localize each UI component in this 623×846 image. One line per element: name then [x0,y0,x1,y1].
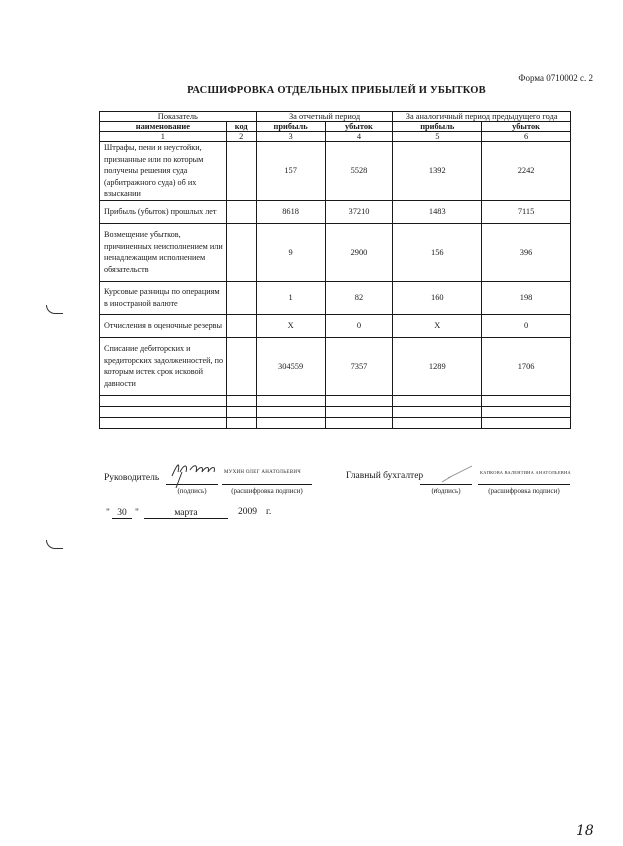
table-row: Штрафы, пени и неустойки, признанные или… [100,142,571,201]
blank-cell [482,395,571,406]
column-number: 1 [100,132,227,142]
cell-profit-current: 8618 [256,200,325,223]
row-name: Прибыль (убыток) прошлых лет [100,200,227,223]
blank-cell [256,406,325,417]
blank-cell [393,417,482,428]
date-month: марта [144,508,228,519]
column-header: прибыль [393,122,482,132]
column-header: наименование [100,122,227,132]
date-year: 2009 [238,507,257,517]
blank-cell [100,417,227,428]
blank-cell [325,406,393,417]
header-current-period: За отчетный период [256,112,393,122]
page-number: 18 [576,823,594,839]
profit-loss-table: Показатель За отчетный период За аналоги… [99,111,571,429]
blank-cell [393,395,482,406]
blank-cell [100,395,227,406]
table-row: Прибыль (убыток) прошлых лет861837210148… [100,200,571,223]
blank-cell [325,417,393,428]
blank-cell [393,406,482,417]
accountant-label: Главный бухгалтер [346,471,423,481]
column-number: 6 [482,132,571,142]
column-numbers-row: 123456 [100,132,571,142]
blank-cell [226,406,256,417]
blank-row [100,406,571,417]
cell-code [226,142,256,201]
column-header: код [226,122,256,132]
document-title: РАСШИФРОВКА ОТДЕЛЬНЫХ ПРИБЫЛЕЙ И УБЫТКОВ [0,85,623,96]
cell-loss-previous: 0 [482,314,571,337]
blank-cell [482,417,571,428]
column-headers-row: наименованиекодприбыльубытокприбыльубыто… [100,122,571,132]
blank-cell [100,406,227,417]
column-number: 2 [226,132,256,142]
column-header: прибыль [256,122,325,132]
cell-profit-previous: 1289 [393,337,482,395]
binding-mark [46,540,63,549]
director-signature-icon [168,458,226,490]
accountant-decode-line [478,484,570,485]
blank-row [100,417,571,428]
cell-code [226,281,256,314]
cell-profit-current: 1 [256,281,325,314]
director-decode-line [222,484,312,485]
column-number: 5 [393,132,482,142]
cell-code [226,337,256,395]
date-quote-close: " [135,508,139,518]
blank-cell [482,406,571,417]
director-signature-caption: (подпись) [166,487,218,495]
cell-loss-current: 37210 [325,200,393,223]
cell-profit-previous: X [393,314,482,337]
row-name: Штрафы, пени и неустойки, признанные или… [100,142,227,201]
cell-code [226,200,256,223]
cell-loss-current: 82 [325,281,393,314]
cell-profit-previous: 160 [393,281,482,314]
header-previous-period: За аналогичный период предыдущего года [393,112,571,122]
binding-mark [46,305,63,314]
cell-profit-current: 9 [256,223,325,281]
table-row: Отчисления в оценочные резервыX0X0 [100,314,571,337]
blank-row [100,395,571,406]
accountant-decode-caption: (расшифровка подписи) [478,487,570,495]
column-header: убыток [482,122,571,132]
column-header: убыток [325,122,393,132]
column-number: 3 [256,132,325,142]
accountant-name: КАПКОВА ВАЛЕНТИНА АНАТОЛЬЕВНА [480,470,571,475]
table-row: Списание дебиторских и кредиторских задо… [100,337,571,395]
director-name: МУХИН ОЛЕГ АНАТОЛЬЕВИЧ [224,470,301,475]
cell-loss-previous: 2242 [482,142,571,201]
header-indicator: Показатель [100,112,257,122]
blank-cell [226,417,256,428]
row-name: Отчисления в оценочные резервы [100,314,227,337]
cell-loss-previous: 1706 [482,337,571,395]
blank-cell [256,395,325,406]
accountant-signature-caption: (подпись) [420,487,472,495]
cell-loss-previous: 7115 [482,200,571,223]
table-row: Курсовые разницы по операциям в иностран… [100,281,571,314]
cell-profit-previous: 1392 [393,142,482,201]
blank-cell [256,417,325,428]
cell-profit-previous: 1483 [393,200,482,223]
row-name: Курсовые разницы по операциям в иностран… [100,281,227,314]
cell-profit-current: 157 [256,142,325,201]
cell-loss-current: 2900 [325,223,393,281]
cell-code [226,223,256,281]
director-decode-caption: (расшифровка подписи) [222,487,312,495]
table-row: Возмещение убытков, причиненных неисполн… [100,223,571,281]
cell-profit-current: 304559 [256,337,325,395]
column-number: 4 [325,132,393,142]
cell-loss-previous: 396 [482,223,571,281]
cell-code [226,314,256,337]
blank-cell [325,395,393,406]
row-name: Возмещение убытков, причиненных неисполн… [100,223,227,281]
cell-loss-previous: 198 [482,281,571,314]
row-name: Списание дебиторских и кредиторских задо… [100,337,227,395]
blank-cell [226,395,256,406]
cell-profit-current: X [256,314,325,337]
cell-profit-previous: 156 [393,223,482,281]
cell-loss-current: 0 [325,314,393,337]
form-code: Форма 0710002 с. 2 [518,73,593,83]
cell-loss-current: 7357 [325,337,393,395]
date-day: 30 [112,508,132,519]
director-label: Руководитель [104,473,159,483]
cell-loss-current: 5528 [325,142,393,201]
date-suffix: г. [266,507,271,517]
date-quote-open: " [106,508,110,518]
